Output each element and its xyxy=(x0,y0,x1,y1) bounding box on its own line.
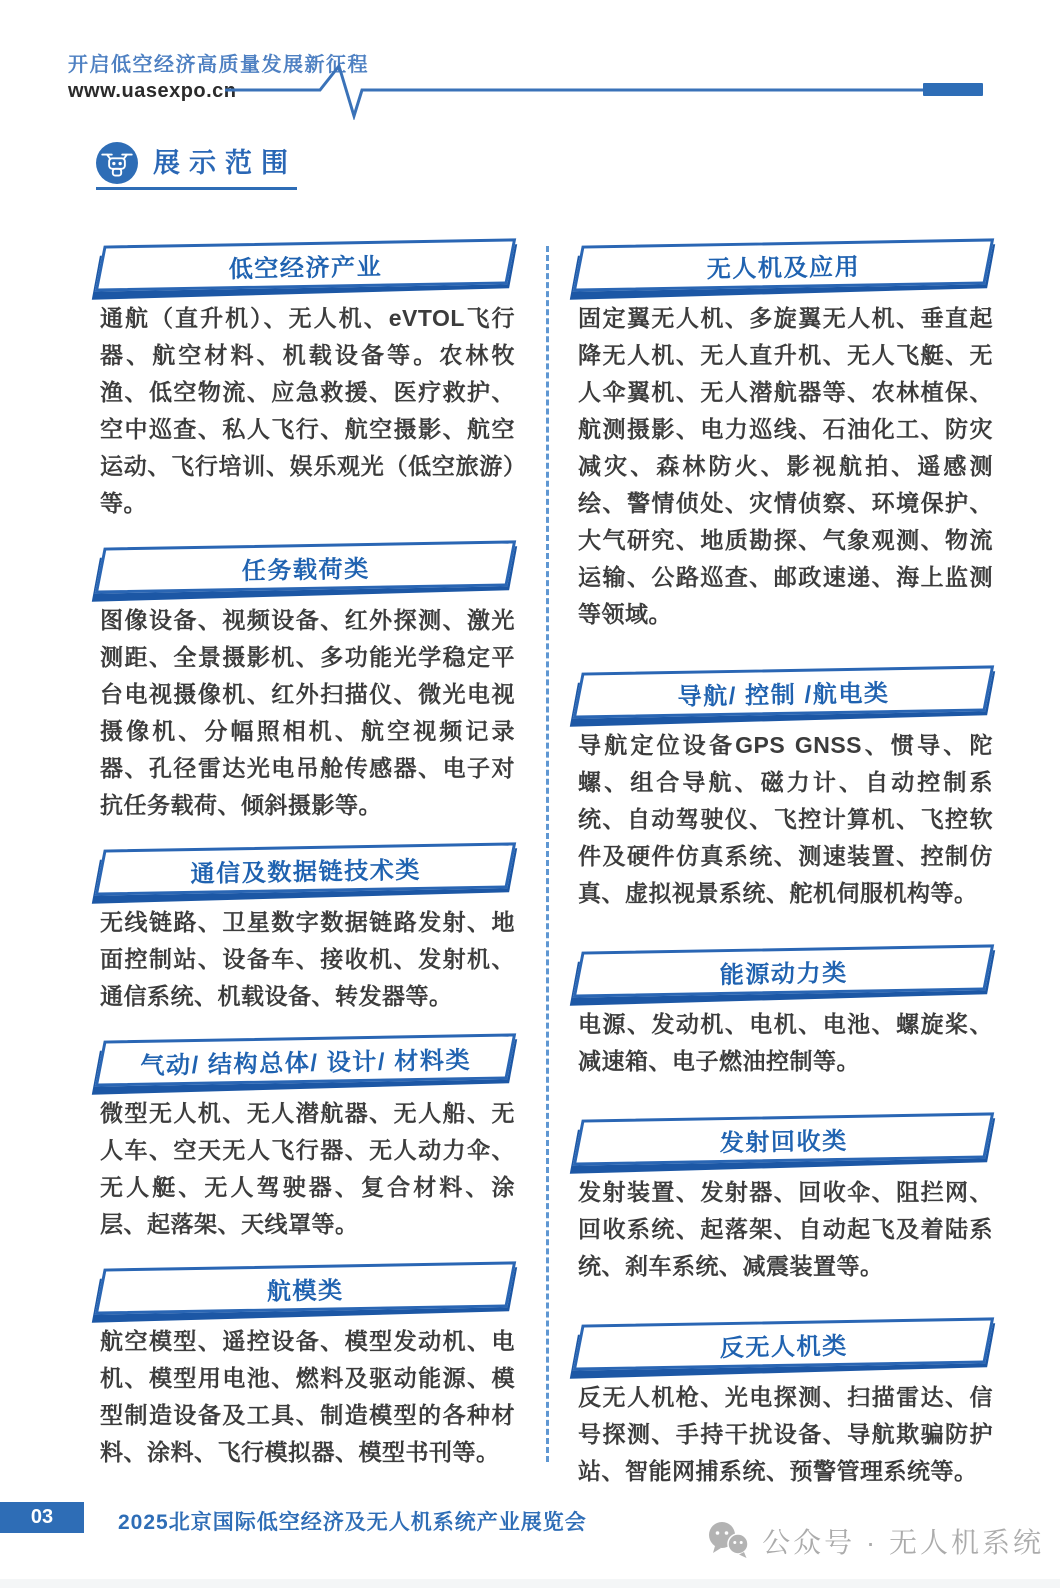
category-title: 发射回收类 xyxy=(719,1120,848,1157)
category-body: 固定翼无人机、多旋翼无人机、垂直起降无人机、无人直升机、无人飞艇、无人伞翼机、无… xyxy=(578,300,993,633)
category-title: 无人机及应用 xyxy=(706,246,860,284)
category-title: 气动/ 结构总体/ 设计/ 材料类 xyxy=(140,1040,471,1081)
category-banner: 无人机及应用 xyxy=(578,242,989,288)
drone-icon xyxy=(96,142,138,184)
category-banner: 反无人机类 xyxy=(578,1321,989,1367)
footer-title: 2025北京国际低空经济及无人机系统产业展览会 xyxy=(118,1506,587,1536)
wechat-icon xyxy=(706,1520,752,1562)
category-title: 低空经济产业 xyxy=(228,246,382,284)
category-title: 能源动力类 xyxy=(719,952,848,989)
section-navigation-avionics: 导航/ 控制 /航电类 导航定位设备GPS GNSS、惯导、陀螺、组合导航、磁力… xyxy=(578,669,993,912)
category-body: 发射装置、发射器、回收伞、阻拦网、回收系统、起落架、自动起飞及着陆系统、刹车系统… xyxy=(578,1174,993,1285)
content-columns: 低空经济产业 通航（直升机）、无人机、eVTOL飞行器、航空材料、机载设备等。农… xyxy=(100,242,996,1526)
section-aeromodel: 航模类 航空模型、遥控设备、模型发动机、电机、模型用电池、燃料及驱动能源、模型制… xyxy=(100,1265,515,1471)
bottom-strip xyxy=(0,1579,1060,1588)
section-aero-structure: 气动/ 结构总体/ 设计/ 材料类 微型无人机、无人潜航器、无人船、无人车、空天… xyxy=(100,1037,515,1243)
wechat-account: 公众号 · 无人机系统 xyxy=(706,1520,1044,1562)
category-body: 航空模型、遥控设备、模型发动机、电机、模型用电池、燃料及驱动能源、模型制造设备及… xyxy=(100,1323,515,1471)
category-banner: 导航/ 控制 /航电类 xyxy=(578,669,989,715)
column-divider xyxy=(546,246,549,1462)
left-column: 低空经济产业 通航（直升机）、无人机、eVTOL飞行器、航空材料、机载设备等。农… xyxy=(100,242,515,1526)
section-low-altitude-economy: 低空经济产业 通航（直升机）、无人机、eVTOL飞行器、航空材料、机载设备等。农… xyxy=(100,242,515,522)
section-datalink: 通信及数据链技术类 无线链路、卫星数字数据链路发射、地面控制站、设备车、接收机、… xyxy=(100,846,515,1015)
brochure-page: 开启低空经济高质量发展新征程 www.uasexpo.cn 展示范围 xyxy=(0,0,1060,1588)
category-body: 无线链路、卫星数字数据链路发射、地面控制站、设备车、接收机、发射机、通信系统、机… xyxy=(100,904,515,1015)
category-banner: 发射回收类 xyxy=(578,1116,989,1162)
badge-title: 展示范围 xyxy=(153,142,297,184)
category-title: 导航/ 控制 /航电类 xyxy=(677,673,890,712)
category-body: 图像设备、视频设备、红外探测、激光测距、全景摄影机、多功能光学稳定平台电视摄像机… xyxy=(100,602,515,824)
category-body: 反无人机枪、光电探测、扫描雷达、信号探测、手持干扰设备、导航欺骗防护站、智能网捕… xyxy=(578,1379,993,1490)
category-banner: 任务载荷类 xyxy=(100,544,511,590)
category-body: 导航定位设备GPS GNSS、惯导、陀螺、组合导航、磁力计、自动控制系统、自动驾… xyxy=(578,727,993,912)
page-number: 03 xyxy=(0,1502,84,1533)
pulse-line-icon xyxy=(225,60,985,120)
wechat-label: 公众号 · 无人机系统 xyxy=(762,1521,1044,1561)
category-banner: 航模类 xyxy=(100,1265,511,1311)
category-body: 电源、发动机、电机、电池、螺旋桨、减速箱、电子燃油控制等。 xyxy=(578,1006,993,1080)
category-body: 通航（直升机）、无人机、eVTOL飞行器、航空材料、机载设备等。农林牧渔、低空物… xyxy=(100,300,515,522)
category-banner: 能源动力类 xyxy=(578,948,989,994)
category-banner: 低空经济产业 xyxy=(100,242,511,288)
category-body: 微型无人机、无人潜航器、无人船、无人车、空天无人飞行器、无人动力伞、无人艇、无人… xyxy=(100,1095,515,1243)
category-banner: 气动/ 结构总体/ 设计/ 材料类 xyxy=(100,1037,511,1083)
category-title: 航模类 xyxy=(267,1270,344,1306)
section-launch-recovery: 发射回收类 发射装置、发射器、回收伞、阻拦网、回收系统、起落架、自动起飞及着陆系… xyxy=(578,1116,993,1285)
category-title: 通信及数据链技术类 xyxy=(190,850,421,889)
category-banner: 通信及数据链技术类 xyxy=(100,846,511,892)
section-badge: 展示范围 xyxy=(96,142,297,190)
category-title: 任务载荷类 xyxy=(241,548,370,585)
section-uav-applications: 无人机及应用 固定翼无人机、多旋翼无人机、垂直起降无人机、无人直升机、无人飞艇、… xyxy=(578,242,993,633)
right-column: 无人机及应用 固定翼无人机、多旋翼无人机、垂直起降无人机、无人直升机、无人飞艇、… xyxy=(578,242,993,1526)
section-counter-uav: 反无人机类 反无人机枪、光电探测、扫描雷达、信号探测、手持干扰设备、导航欺骗防护… xyxy=(578,1321,993,1490)
section-mission-payload: 任务载荷类 图像设备、视频设备、红外探测、激光测距、全景摄影机、多功能光学稳定平… xyxy=(100,544,515,824)
category-title: 反无人机类 xyxy=(719,1325,848,1362)
section-energy-power: 能源动力类 电源、发动机、电机、电池、螺旋桨、减速箱、电子燃油控制等。 xyxy=(578,948,993,1080)
